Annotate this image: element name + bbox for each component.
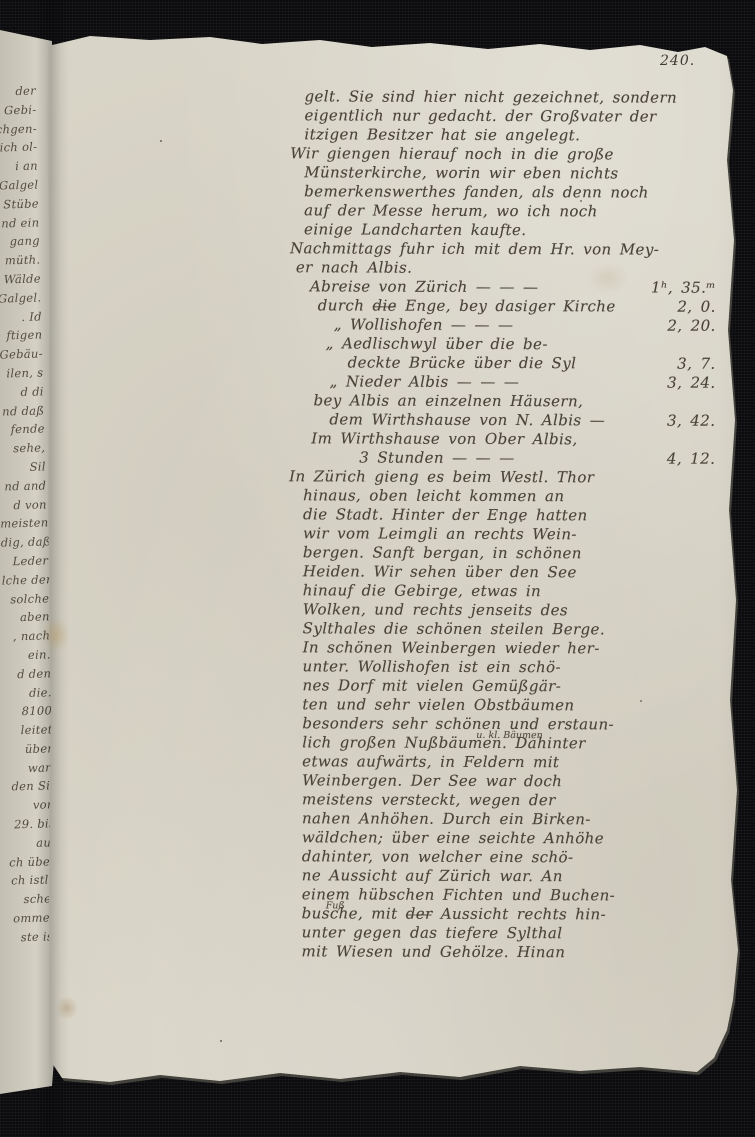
left-page-fragment: Gebi- (0, 100, 37, 120)
left-page-fragment: d von (0, 495, 47, 515)
left-page-fragment: sehe, (0, 439, 46, 459)
book-scan: derGebi-chgen-llich ol-i anGalgelStübeun… (0, 0, 755, 1137)
manuscript-line-text: dahinter, von welcher eine schö- (302, 847, 574, 866)
left-page-fragment: war. (6, 758, 53, 778)
manuscript-line: nahen Anhöhen. Durch ein Birken- (286, 809, 720, 830)
left-page-fragment: leitet (5, 720, 52, 740)
itinerary-time: 1ʰ, 35.ᵐ (651, 279, 716, 298)
manuscript-line-text: dem Wirthshause von N. Albis — (329, 410, 605, 429)
manuscript-line-text: nahen Anhöhen. Durch ein Birken- (302, 809, 591, 828)
manuscript-line-text: Nachmittags fuhr ich mit dem Hr. von Mey… (290, 239, 659, 258)
manuscript-line-text: auf der Messe herum, wo ich noch (304, 201, 598, 220)
manuscript-line: Weinbergen. Der See war doch (286, 771, 720, 792)
left-page-fragment: gang (0, 232, 40, 252)
manuscript-line-text: bey Albis an einzelnen Häusern, (313, 391, 583, 410)
manuscript-line: „ Wollishofen — — —2, 20. (288, 315, 722, 336)
manuscript-line: 3 Stunden — — —4, 12. (287, 448, 721, 469)
left-page-fragment: müth. (0, 251, 41, 271)
left-page-fragment: llich ol- (0, 138, 38, 158)
left-page-fragment: dig, daß (1, 533, 48, 553)
itinerary-time: 4, 12. (667, 450, 715, 469)
manuscript-line: Abreise von Zürich — — —1ʰ, 35.ᵐ (288, 277, 722, 298)
manuscript-line: bey Albis an einzelnen Häusern, (287, 391, 721, 412)
manuscript-line: bemerkenswerthes fanden, als denn noch (288, 182, 722, 203)
left-page-fragment: lche der. (1, 570, 48, 590)
left-page-fragment: solche (2, 589, 49, 609)
left-page-fragment: den Sil (7, 777, 54, 797)
manuscript-line-text: Heiden. Wir sehen über den See (303, 562, 577, 581)
manuscript-line: hinauf die Gebirge, etwas in (287, 581, 721, 602)
itinerary-time: 2, 20. (667, 317, 715, 336)
manuscript-line-text: „ Nieder Albis — — — (329, 372, 519, 391)
manuscript-line-text: hinauf die Gebirge, etwas in (303, 581, 541, 600)
manuscript-line-text: hinaus, oben leicht kommen an (303, 486, 564, 505)
manuscript-line-text: gelt. Sie sind hier nicht gezeichnet, so… (304, 87, 677, 106)
manuscript-line-text: Sylthales die schönen steilen Berge. (303, 619, 605, 638)
manuscript-line: „ Nieder Albis — — —3, 24. (287, 372, 721, 393)
manuscript-line-text: eigentlich nur gedacht. der Großvater de… (304, 106, 656, 125)
left-page-fragment: 8100 (5, 702, 52, 722)
left-page-fragment: ftigen (0, 326, 43, 346)
manuscript-line: ten und sehr vielen Obstbäumen (286, 695, 720, 716)
manuscript-line: wäldchen; über eine seichte Anhöhe (286, 828, 720, 849)
manuscript-line-text: itzigen Besitzer hat sie angelegt. (304, 125, 580, 144)
manuscript-line-text: wir vom Leimgli an rechts Wein- (303, 524, 577, 543)
left-page-fragment: 29. bis (8, 814, 55, 834)
manuscript-lines: gelt. Sie sind hier nicht gezeichnet, so… (285, 87, 722, 979)
manuscript-line: unter. Wollishofen ist ein schö- (286, 657, 720, 678)
manuscript-line: wir vom Leimgli an rechts Wein- (287, 524, 721, 545)
manuscript-line: die Stadt. Hinter der Enge hatten (287, 505, 721, 526)
left-page-fragment: nd and (0, 476, 46, 496)
left-page-fragment: meisten. (0, 514, 47, 534)
manuscript-line: deckte Brücke über die Syl3, 7. (288, 353, 722, 374)
manuscript-line: auf der Messe herum, wo ich noch (288, 201, 722, 222)
interlinear-insertion: u. kl. Bäumen (476, 726, 543, 745)
left-page-fragment: auf (8, 833, 55, 853)
left-page-fragment: ein. (3, 645, 50, 665)
manuscript-line: dahinter, von welcher eine schö- (286, 847, 720, 868)
left-page-fragment: über (6, 739, 53, 759)
manuscript-line-text: wäldchen; über eine seichte Anhöhe (302, 828, 604, 847)
manuscript-line: dem Wirthshause von N. Albis —3, 42. (287, 410, 721, 431)
manuscript-line: itzigen Besitzer hat sie angelegt. (288, 125, 722, 146)
manuscript-line-text: „ Wollishofen — — — (334, 315, 514, 334)
manuscript-line-text: etwas aufwärts, in Feldern mit (302, 752, 559, 771)
left-page-fragment: i an (0, 157, 38, 177)
manuscript-line-text: ten und sehr vielen Obstbäumen (302, 695, 574, 714)
left-page-fragment: d den (4, 664, 51, 684)
manuscript-line: einem hübschen Fichten und Buchen- (286, 885, 720, 906)
manuscript-line: bergen. Sanft bergan, in schönen (287, 543, 721, 564)
manuscript-line-text: bergen. Sanft bergan, in schönen (303, 543, 582, 562)
manuscript-line: Wir giengen hierauf noch in die große (288, 144, 722, 165)
manuscript-line: etwas aufwärts, in Feldern mit (286, 752, 720, 773)
left-page-fragment: aben (2, 608, 49, 628)
manuscript-line-text: busche, mit d̶e̶r̶ Aussicht rechts hin- (302, 904, 606, 923)
manuscript-line-text: bemerkenswerthes fanden, als denn noch (304, 182, 649, 201)
left-page-fragment: der (0, 82, 36, 102)
manuscript-line: Heiden. Wir sehen über den See (287, 562, 721, 583)
manuscript-line: meistens versteckt, wegen der (286, 790, 720, 811)
manuscript-line: Nachmittags fuhr ich mit dem Hr. von Mey… (288, 239, 722, 260)
manuscript-line: mit Wiesen und Gehölze. Hinan (286, 942, 720, 963)
manuscript-line: lich großen Nußbäumen. Dahinteru. kl. Bä… (286, 733, 720, 754)
manuscript-line-text: Wir giengen hierauf noch in die große (290, 144, 614, 163)
manuscript-line: Sylthales die schönen steilen Berge. (287, 619, 721, 640)
left-page-fragment: Wälde (0, 269, 41, 289)
manuscript-line: er nach Albis. (288, 258, 722, 279)
left-page-fragment: Galgel (0, 175, 39, 195)
manuscript-line: Wolken, und rechts jenseits des (287, 600, 721, 621)
left-page-fragment: Gebäu- (0, 345, 43, 365)
manuscript-line-text: besonders sehr schönen und erstaun- (302, 714, 614, 733)
manuscript-line: „ Aedlischwyl über die be- (288, 334, 722, 355)
left-page-fragment: von (7, 796, 54, 816)
manuscript-line: gelt. Sie sind hier nicht gezeichnet, so… (288, 87, 722, 108)
manuscript-line-text: mit Wiesen und Gehölze. Hinan (302, 942, 566, 961)
paper-stain (42, 618, 70, 652)
left-page-fragment: Galgel. (0, 288, 42, 308)
left-page-fragment: ilen, s (0, 363, 44, 383)
left-page-fragment: ch über. (9, 852, 56, 872)
manuscript-line-text: durch d̶i̶e̶ Enge, bey dasiger Kirche (318, 296, 616, 315)
manuscript-line-text: meistens versteckt, wegen der (302, 790, 556, 809)
left-page-fragment: Leder (1, 551, 48, 571)
manuscript-line-text: Abreise von Zürich — — — (310, 277, 539, 296)
manuscript-line-text: ne Aussicht auf Zürich war. An (302, 866, 563, 885)
itinerary-time: 2, 0. (677, 298, 715, 317)
manuscript-line-text: er nach Albis. (296, 258, 412, 276)
interlinear-insertion: Fuß (326, 896, 345, 915)
manuscript-line-text: Im Wirthshause von Ober Albis, (311, 429, 577, 448)
left-page-fragment: nd daß (0, 401, 45, 421)
paper-stain (56, 996, 78, 1020)
left-page-fragment: Stübe (0, 194, 39, 214)
manuscript-line-text: In Zürich gieng es beim Westl. Thor (289, 467, 594, 486)
manuscript-line: Münsterkirche, worin wir eben nichts (288, 163, 722, 184)
paper-specks (160, 140, 162, 142)
left-page-fragment: und ein (0, 213, 40, 233)
left-page-fragment: die. (4, 683, 51, 703)
manuscript-line-text: Münsterkirche, worin wir eben nichts (304, 163, 618, 182)
manuscript-line-text: „ Aedlischwyl über die be- (326, 334, 548, 353)
manuscript-line: hinaus, oben leicht kommen an (287, 486, 721, 507)
manuscript-line-text: einem hübschen Fichten und Buchen- (302, 885, 615, 904)
itinerary-time: 3, 24. (667, 374, 715, 393)
manuscript-line-text: deckte Brücke über die Syl (348, 353, 577, 372)
manuscript-line-text: nes Dorf mit vielen Gemüßgär- (302, 676, 561, 695)
left-page-fragment: Sil (0, 457, 46, 477)
manuscript-line-text: Wolken, und rechts jenseits des (303, 600, 568, 619)
left-page-fragment: chgen- (0, 119, 37, 139)
manuscript-line: busche, mit d̶e̶r̶ Aussicht rechts hin-F… (286, 904, 720, 925)
manuscript-line: In schönen Weinbergen wieder her- (287, 638, 721, 659)
manuscript-line-text: 3 Stunden — — — (359, 448, 514, 467)
manuscript-line-text: In schönen Weinbergen wieder her- (303, 638, 600, 657)
manuscript-line: In Zürich gieng es beim Westl. Thor (287, 467, 721, 488)
manuscript-line: ne Aussicht auf Zürich war. An (286, 866, 720, 887)
left-page-fragment: fende (0, 420, 45, 440)
manuscript-line: einige Landcharten kaufte. (288, 220, 722, 241)
itinerary-time: 3, 7. (677, 355, 715, 374)
page-number: 240. (660, 53, 695, 69)
manuscript-line-text: die Stadt. Hinter der Enge hatten (303, 505, 588, 524)
manuscript-line: Im Wirthshause von Ober Albis, (287, 429, 721, 450)
manuscript-line-text: Weinbergen. Der See war doch (302, 771, 562, 790)
itinerary-time: 3, 42. (667, 412, 715, 431)
manuscript-line-text: unter gegen das tiefere Sylthal (302, 923, 563, 942)
manuscript-line-text: unter. Wollishofen ist ein schö- (303, 657, 561, 676)
manuscript-line: nes Dorf mit vielen Gemüßgär- (286, 676, 720, 697)
manuscript-line: unter gegen das tiefere Sylthal (286, 923, 720, 944)
manuscript-line: eigentlich nur gedacht. der Großvater de… (288, 106, 722, 127)
manuscript-line-text: einige Landcharten kaufte. (304, 220, 526, 239)
left-page-fragment: d di (0, 382, 44, 402)
manuscript-line: durch d̶i̶e̶ Enge, bey dasiger Kirche2, … (288, 296, 722, 317)
left-page-fragment: . Id (0, 307, 42, 327)
